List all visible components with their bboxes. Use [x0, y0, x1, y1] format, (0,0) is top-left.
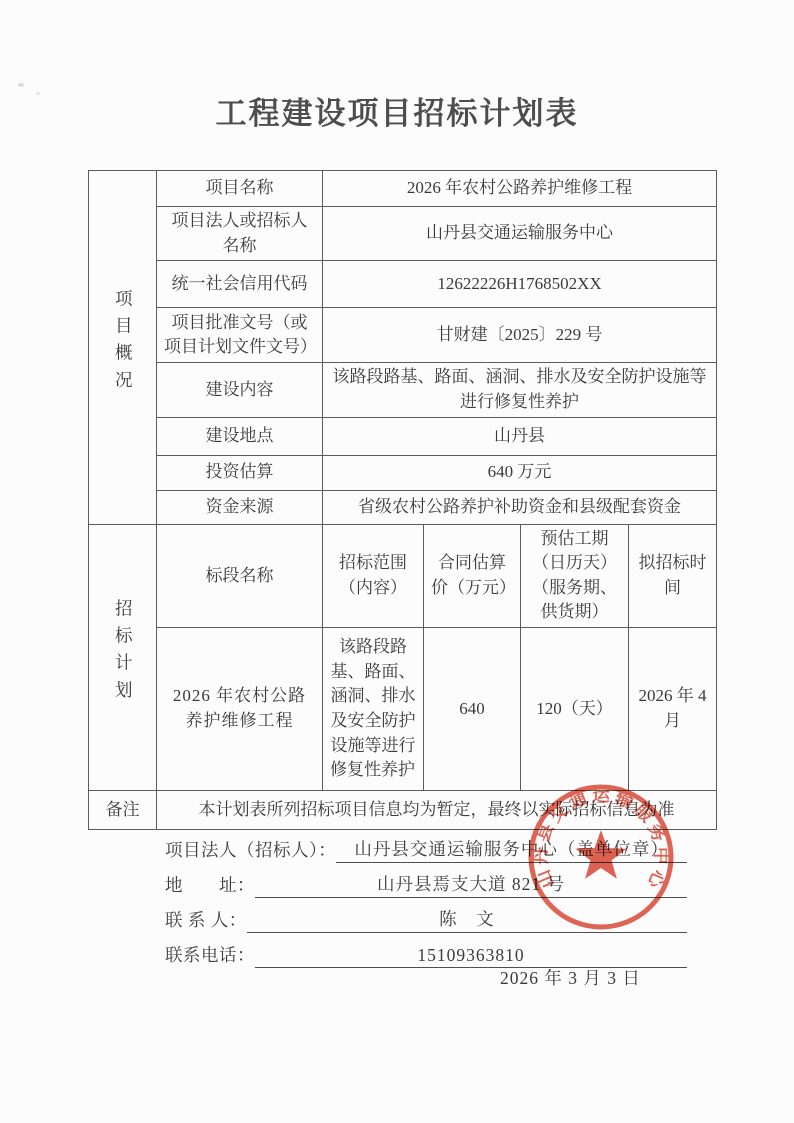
- cell-estimated-duration: 120（天）: [521, 628, 629, 791]
- col-header-segment-name: 标段名称: [157, 524, 323, 628]
- col-header-tender-scope: 招标范围（内容）: [323, 524, 424, 628]
- row-value-approval-doc: 甘财建〔2025〕229 号: [323, 308, 717, 363]
- group-label-text: 招标计划: [110, 599, 135, 708]
- remark-label: 备注: [89, 791, 157, 830]
- cell-tender-time: 2026 年 4 月: [629, 628, 717, 791]
- document-date: 2026 年 3 月 3 日: [500, 965, 641, 990]
- field-value-underlined: 山丹县交通运输服务中心（盖单位章）: [336, 836, 687, 863]
- group-label-project-overview: 项目概况: [89, 171, 157, 525]
- group-label-text: 项目概况: [110, 289, 135, 398]
- row-value-legal-person: 山丹县交通运输服务中心: [323, 207, 717, 261]
- document-page: 工程建设项目招标计划表 项目概况 项目名称 2026 年农村公路养护维修工程 项…: [0, 0, 794, 1123]
- row-value-construction-site: 山丹县: [323, 417, 717, 455]
- field-contact-person: 联 系 人： 陈 文: [165, 903, 687, 933]
- row-label-legal-person: 项目法人或招标人名称: [157, 207, 323, 261]
- col-header-tender-time: 拟招标时间: [629, 524, 717, 628]
- row-value-project-name: 2026 年农村公路养护维修工程: [323, 171, 717, 207]
- row-value-investment-estimate: 640 万元: [323, 455, 717, 490]
- field-label: 联系电话：: [165, 942, 255, 968]
- cell-segment-name: 2026 年农村公路养护维修工程: [157, 628, 323, 791]
- scan-speck: [18, 83, 24, 87]
- col-header-estimated-duration: 预估工期（日历天）（服务期、供货期）: [521, 524, 629, 628]
- field-label: 地 址：: [165, 872, 255, 898]
- signature-block: 项目法人（招标人）： 山丹县交通运输服务中心（盖单位章） 地 址： 山丹县焉支大…: [165, 833, 687, 973]
- row-value-funding-source: 省级农村公路养护补助资金和县级配套资金: [323, 490, 717, 524]
- col-header-contract-price: 合同估算价（万元）: [424, 524, 521, 628]
- tender-plan-table: 项目概况 项目名称 2026 年农村公路养护维修工程 项目法人或招标人名称 山丹…: [88, 170, 717, 830]
- row-label-project-name: 项目名称: [157, 171, 323, 207]
- field-address: 地 址： 山丹县焉支大道 821 号: [165, 868, 687, 898]
- field-label: 联 系 人：: [165, 907, 247, 933]
- remark-value: 本计划表所列招标项目信息均为暂定，最终以实际招标信息为准: [157, 791, 717, 830]
- row-value-credit-code: 12622226H1768502XX: [323, 261, 717, 308]
- row-label-construction-site: 建设地点: [157, 417, 323, 455]
- group-label-tender-plan: 招标计划: [89, 524, 157, 791]
- row-label-approval-doc: 项目批准文号（或项目计划文件文号）: [157, 308, 323, 363]
- field-legal-person: 项目法人（招标人）： 山丹县交通运输服务中心（盖单位章）: [165, 833, 687, 863]
- field-value-underlined: 山丹县焉支大道 821 号: [255, 871, 687, 898]
- row-label-investment-estimate: 投资估算: [157, 455, 323, 490]
- row-value-construction-content: 该路段路基、路面、涵洞、排水及安全防护设施等进行修复性养护: [323, 363, 717, 417]
- field-label: 项目法人（招标人）：: [165, 837, 336, 863]
- row-label-construction-content: 建设内容: [157, 363, 323, 417]
- row-label-funding-source: 资金来源: [157, 490, 323, 524]
- page-title: 工程建设项目招标计划表: [0, 88, 794, 133]
- cell-tender-scope: 该路段路基、路面、涵洞、排水及安全防护设施等进行修复性养护: [323, 628, 424, 791]
- field-contact-phone: 联系电话： 15109363810: [165, 938, 687, 968]
- field-value-underlined: 陈 文: [247, 906, 687, 933]
- cell-contract-price: 640: [424, 628, 521, 791]
- row-label-credit-code: 统一社会信用代码: [157, 261, 323, 308]
